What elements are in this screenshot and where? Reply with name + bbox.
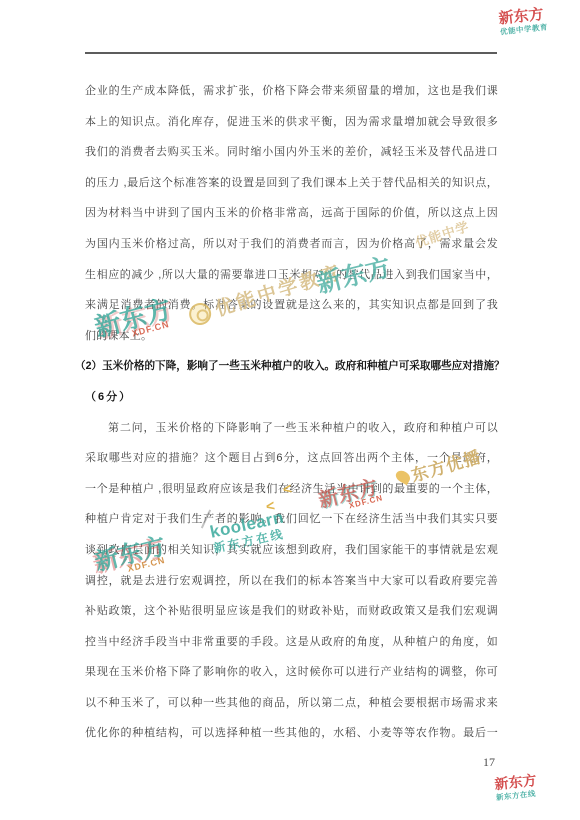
paragraph-line: 优化你的种植结构，可以选择种植一些其他的，水稻、小麦等等农作物。最后一 (85, 718, 498, 749)
paragraph-line: 的压力 ,最后这个标准答案的设置是回到了我们课本上关于替代品相关的知识点， (85, 168, 498, 199)
corner-sub-text: 优能中学教育 (500, 21, 549, 37)
paragraph-line: 来满足消费者的消费。标准答案的设置就是这么来的，其实知识点都是回到了我 (85, 290, 498, 321)
paragraph-line: 一个是种植户 ,很明显政府应该是我们在经济生活当中讲到的最重要的一个主体， (85, 474, 498, 505)
question-line: （2）玉米价格的下降，影响了一些玉米种植户的收入。政府和种植户可采取哪些应对措施… (75, 351, 525, 382)
paragraph-line: 们的课本上。 (85, 321, 498, 352)
watermark-corner-top: 新东方 优能中学教育 (498, 3, 549, 38)
paragraph-line: 第二问，玉米价格的下降影响了一些玉米种植户的收入，政府和种植户可以 (85, 413, 498, 444)
header-rule (85, 52, 497, 54)
paragraph-line: 谈到政府层面的相关知识，其实就应该想到政府，我们国家能干的事情就是宏观 (85, 535, 498, 566)
paragraph-line: 生相应的减少 ,所以大量的需要靠进口玉米相对应的替代品进入到我们国家当中， (85, 260, 498, 291)
paragraph-line: 企业的生产成本降低，需求扩张，价格下降会带来须留量的增加，这也是我们课 (85, 76, 498, 107)
paragraph-line: 本上的知识点。消化库存，促进玉米的供求平衡，因为需求量增加就会导致很多 (85, 107, 498, 138)
paragraph-line: 补贴政策，这个补贴很明显应该是我们的财政补贴，而财政政策又是我们宏观调 (85, 596, 498, 627)
paragraph-line: 采取哪些对应的措施？这个题目占到6分，这点回答出两个主体，一个是政府， (85, 443, 498, 474)
corner-sub-text: 新东方在线 (495, 788, 538, 803)
paragraph-line: 调控，就是去进行宏观调控，所以在我们的标本答案当中大家可以看政府要完善 (85, 566, 498, 597)
paragraph-line: 果现在玉米价格下降了影响你的收入，这时候你可以进行产业结构的调整，你可 (85, 657, 498, 688)
paragraph-line: 因为材料当中讲到了国内玉米的价格非常高，远高于国际的价值，所以这点上因 (85, 198, 498, 229)
document-page: 企业的生产成本降低，需求扩张，价格下降会带来须留量的增加，这也是我们课 本上的知… (0, 0, 580, 820)
score-line: （6分） (85, 382, 498, 413)
xdf-brand-text: 新东方 (494, 770, 538, 794)
paragraph-line: 以不种玉米了，可以种一些其他的商品，所以第二点，种植会要根据市场需求来 (85, 688, 498, 719)
watermark-corner-bottom: 新东方 新东方在线 (494, 770, 539, 803)
paragraph-line: 种植户肯定对于我们生产者的影响。我们回忆一下在经济生活当中我们其实只要 (85, 504, 498, 535)
paragraph-line: 控当中经济手段当中非常重要的手段。这是从政府的角度，从种植户的角度，如 (85, 627, 498, 658)
page-number: 17 (483, 755, 495, 770)
paragraph-line: 我们的消费者去购买玉米。同时缩小国内外玉米的差价，减轻玉米及替代品进口 (85, 137, 498, 168)
body-text: 企业的生产成本降低，需求扩张，价格下降会带来须留量的增加，这也是我们课 本上的知… (85, 76, 498, 749)
xdf-brand-text: 新东方 (498, 3, 548, 29)
paragraph-line: 为国内玉米价格过高，所以对于我们的消费者而言，因为价格高了，需求量会发 (85, 229, 498, 260)
